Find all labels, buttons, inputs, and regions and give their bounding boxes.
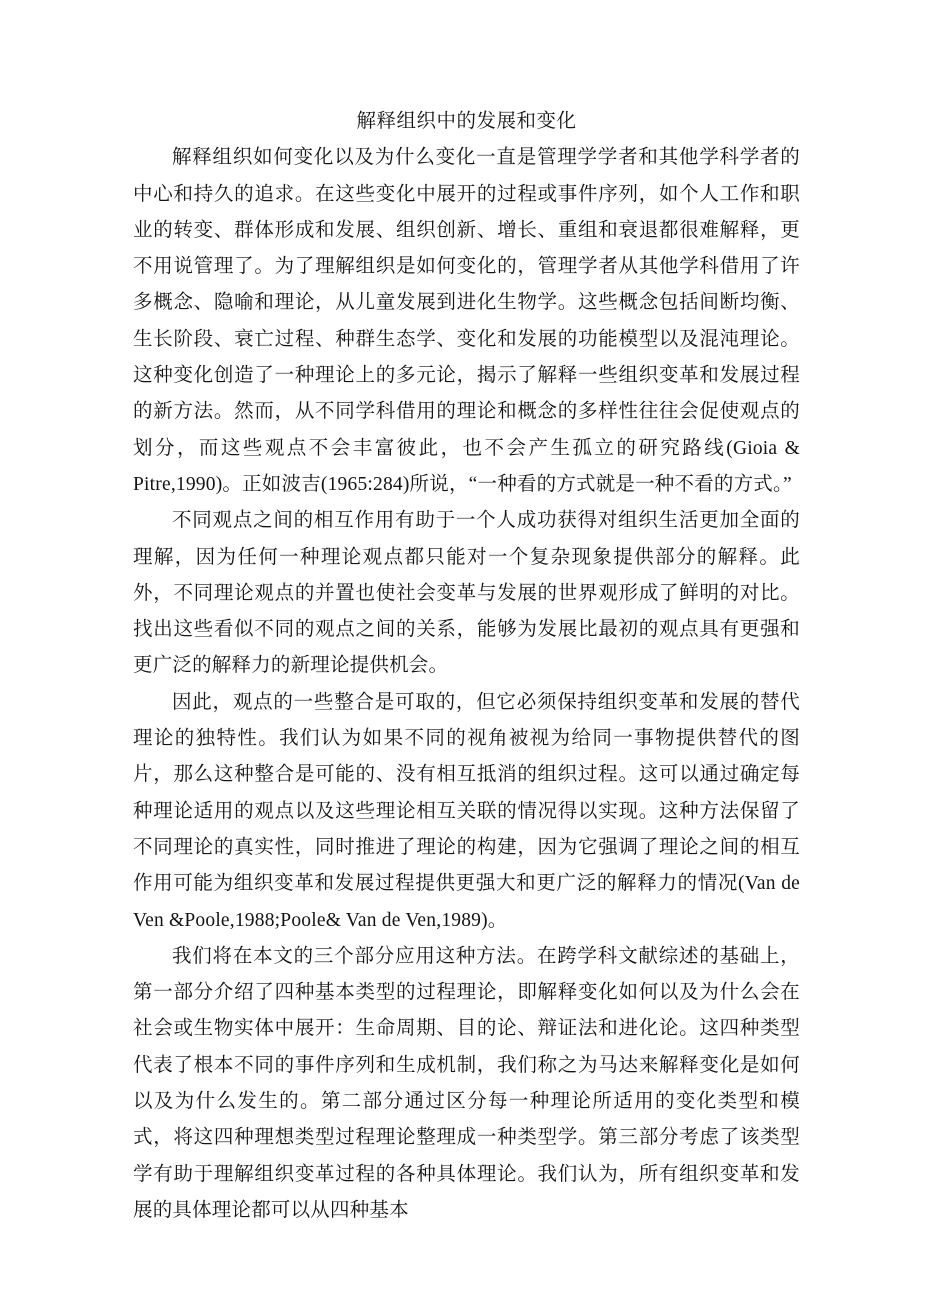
paragraph-2: 不同观点之间的相互作用有助于一个人成功获得对组织生活更加全面的理解，因为任何一种… [133,503,800,684]
document-title: 解释组织中的发展和变化 [133,104,800,140]
paragraph-4: 我们将在本文的三个部分应用这种方法。在跨学科文献综述的基础上，第一部分介绍了四种… [133,939,800,1229]
paragraph-3: 因此，观点的一些整合是可取的，但它必须保持组织变革和发展的替代理论的独特性。我们… [133,685,800,939]
document-page: 解释组织中的发展和变化 解释组织如何变化以及为什么变化一直是管理学学者和其他学科… [0,0,925,1309]
paragraph-1: 解释组织如何变化以及为什么变化一直是管理学学者和其他学科学者的中心和持久的追求。… [133,140,800,503]
